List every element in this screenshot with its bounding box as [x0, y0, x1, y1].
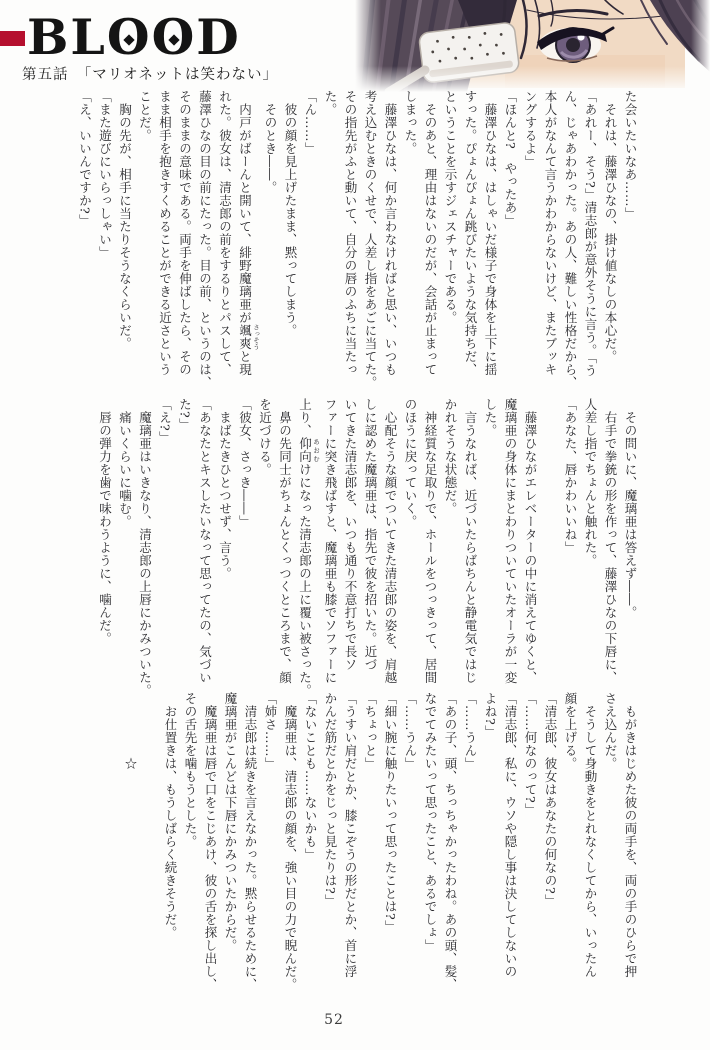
text-line: 考え込むときのくせで、人差し指をあごに当てた。 — [360, 90, 380, 396]
text-line: 本人がなんて言うかわからないけど、またブッキ — [540, 90, 560, 396]
text-line: お仕置きは、もうしばらく続きそうだ。 — [160, 692, 180, 1000]
text-line: 痛いくらいに噛む。 — [115, 398, 135, 690]
text-line: 藤澤ひなは、何か言わなければと思い、いつも — [380, 90, 400, 396]
text-line: 「姉さ……」 — [260, 692, 280, 1000]
text-line: 「清志郎、私に、ウソや隠し事は決してしないの — [500, 692, 520, 1000]
text-line: 魔璃亜がこんどは下唇にかみついたからだ。 — [220, 692, 240, 1000]
text-line: た。 — [320, 90, 340, 396]
logo-letter: L — [70, 10, 106, 64]
text-line: ん、じゃあわかった。あの人、難しい性格だから、 — [560, 90, 580, 396]
text-line: その舌先を噛もうとした。 — [180, 692, 200, 1000]
text-line: 魔璃亜は唇で口をこじあけ、彼の舌を探し出し、 — [200, 692, 220, 1000]
red-accent-bar — [0, 31, 25, 46]
text-line: ングするよ」 — [520, 90, 540, 396]
text-line: そうして身動きをとれなくしてから、いったん — [580, 692, 600, 1000]
text-line: た会いたいなあ……」 — [620, 90, 640, 396]
text-line: のほうに戻っていく。 — [400, 398, 420, 690]
text-line: 「彼女、さっき――」 — [235, 398, 255, 690]
text-line: ことだ。 — [135, 90, 155, 396]
text-line: 藤澤ひながエレベーターの中に消えてゆくと、 — [520, 398, 540, 690]
text-line: 「あなた、唇かわいいね」 — [560, 398, 580, 690]
text-line: 藤澤ひなの目の前にたった。目の前、というのは、 — [195, 90, 215, 396]
text-line: ☆ — [120, 692, 140, 1000]
text-line: そのとき――。 — [260, 90, 280, 396]
logo: BLOOD — [27, 10, 241, 64]
text-line: 彼の顔を見上げたまま、黙ってしまう。 — [280, 90, 300, 396]
text-line: 「清志郎、彼女はあなたの何なの?」 — [540, 692, 560, 1000]
text-line: よね?」 — [480, 692, 500, 1000]
text-line: た?」 — [175, 398, 195, 690]
text-line: すった。ぴょんぴょん跳びたいような気持ちだ、 — [460, 90, 480, 396]
text-line: 胸の先が、相手に当たりそうなくらいだ。 — [115, 90, 135, 396]
text-line: いてきた清志郎を、いつも通り不意打ちで長ソ — [340, 398, 360, 690]
text-line: 「あの子、頭、ちっちゃかったわね。あの頭、髪、 — [440, 692, 460, 1000]
logo-letter: D — [196, 10, 241, 64]
text-line: 「……うん」 — [460, 692, 480, 1000]
text-line: ファーに突き飛ばすと、魔璃亜も膝でソファーに — [320, 398, 340, 690]
text-line: 魔璃亜の身体にまとわりついていたオーラが一変 — [500, 398, 520, 690]
text-line: 心配そうな顔でついてきた清志郎の姿を、肩越 — [380, 398, 400, 690]
text-line: そのあと、理由はないのだが、会話が止まって — [420, 90, 440, 396]
episode-title: 第五話 「マリオネットは笑わない」 — [22, 63, 278, 84]
text-line: 「細い腕に触りたいって思ったことは?」 — [380, 692, 400, 1000]
text-line: 魔璃亜は、清志郎の顔を、強い目の力で睨んだ。 — [280, 692, 300, 1000]
text-line: なでてみたいって思ったこと、あるでしょ」 — [420, 692, 440, 1000]
text-line: 「ほんと? やったあ」 — [500, 90, 520, 396]
character-artwork — [355, 0, 710, 92]
text-line: しに認めた魔璃亜は、指先で彼を招いた。近づ — [360, 398, 380, 690]
text-line: ということを示すジェスチャーである。 — [440, 90, 460, 396]
text-line: を近づける。 — [255, 398, 275, 690]
text-line: 「ないことも……ないかも」 — [300, 692, 320, 1000]
text-line: 言うなれば、近づいたらばちんと静電気ではじ — [460, 398, 480, 690]
text-line — [540, 398, 560, 690]
text-line: した。 — [480, 398, 500, 690]
text-line: そのままの意味である。両手を伸ばしたら、その — [175, 90, 195, 396]
logo-letter: O — [152, 10, 197, 64]
text-band-2: その問いに、魔璃亜は答えず――。 右手で拳銃の形を作って、藤澤ひなの下唇に、人差… — [95, 398, 641, 690]
text-line: それは、藤澤ひなの、掛け値なしの本心だ。 — [600, 90, 620, 396]
page-number: 52 — [0, 1012, 668, 1028]
text-line: 上り、仰向あおむけになった清志郎の上に覆い被さった。 — [295, 398, 321, 690]
text-line: さえ込んだ。 — [600, 692, 620, 1000]
text-line: その問いに、魔璃亜は答えず――。 — [620, 398, 640, 690]
text-line — [140, 692, 160, 1000]
diamond-icon — [168, 35, 179, 46]
text-line: 「え?」 — [155, 398, 175, 690]
text-line: 魔璃亜はいきなり、清志郎の上唇にかみついた。 — [135, 398, 155, 690]
text-line: かんだ筋だとかをじっと見たりは?」 — [320, 692, 340, 1000]
logo-letter: B — [27, 10, 70, 64]
text-line: 「……何なのって?」 — [520, 692, 540, 1000]
logo-letter: O — [107, 10, 152, 64]
text-band-1: た会いたいなあ……」 それは、藤澤ひなの、掛け値なしの本心だ。「あれー、そう?」… — [75, 90, 641, 396]
text-line: まばたきひとつせず、言う。 — [215, 398, 235, 690]
text-line: れた。彼女は、清志郎の前をするりとパスして、 — [215, 90, 235, 396]
text-line: 右手で拳銃の形を作って、藤澤ひなの下唇に、 — [600, 398, 620, 690]
text-line: その指先がふと動いて、自分の唇のふちに当たっ — [340, 90, 360, 396]
text-line: まま相手を抱きすくめることができる近さという — [155, 90, 175, 396]
text-line: 「え、いいんですか?」 — [75, 90, 95, 396]
girl-face-illustration — [355, 0, 710, 92]
text-line: 内戸がばーんと開いて、緋野魔璃亜が颯爽さっそうと現 — [235, 90, 261, 396]
text-line: 「あなたとキスしたいなって思ってたの、気づい — [195, 398, 215, 690]
text-line: 人差し指でちょんと触れた。 — [580, 398, 600, 690]
text-line: 藤澤ひなは、はしゃいだ様子で身体を上下に揺 — [480, 90, 500, 396]
text-line: 神経質な足取りで、ホールをつっきって、居間 — [420, 398, 440, 690]
text-line: もがきはじめた彼の両手を、両の手のひらで押 — [620, 692, 640, 1000]
text-line: 顔を上げる。 — [560, 692, 580, 1000]
text-line: かれそうな状態だ。 — [440, 398, 460, 690]
text-line: 「また遊びにいらっしゃい」 — [95, 90, 115, 396]
text-line: しまった。 — [400, 90, 420, 396]
text-line: 「ちょっと」 — [360, 692, 380, 1000]
text-line: 「うすい肩だとか、膝こぞうの形だとか、首に浮 — [340, 692, 360, 1000]
diamond-icon — [124, 35, 135, 46]
text-band-3: もがきはじめた彼の両手を、両の手のひらで押さえ込んだ。 そうして身動きをとれなく… — [120, 692, 640, 1000]
text-line: 「……うん」 — [400, 692, 420, 1000]
text-line: 鼻の先同士がちょんとくっつくところまで、顔 — [275, 398, 295, 690]
text-line: 清志郎は続きを言えなかった。黙らせるために、 — [240, 692, 260, 1000]
text-line: 「あれー、そう?」清志郎が意外そうに言う。「う — [580, 90, 600, 396]
text-line: 「ん……」 — [300, 90, 320, 396]
text-line: 唇の弾力を歯で味わうように、噛んだ。 — [95, 398, 115, 690]
